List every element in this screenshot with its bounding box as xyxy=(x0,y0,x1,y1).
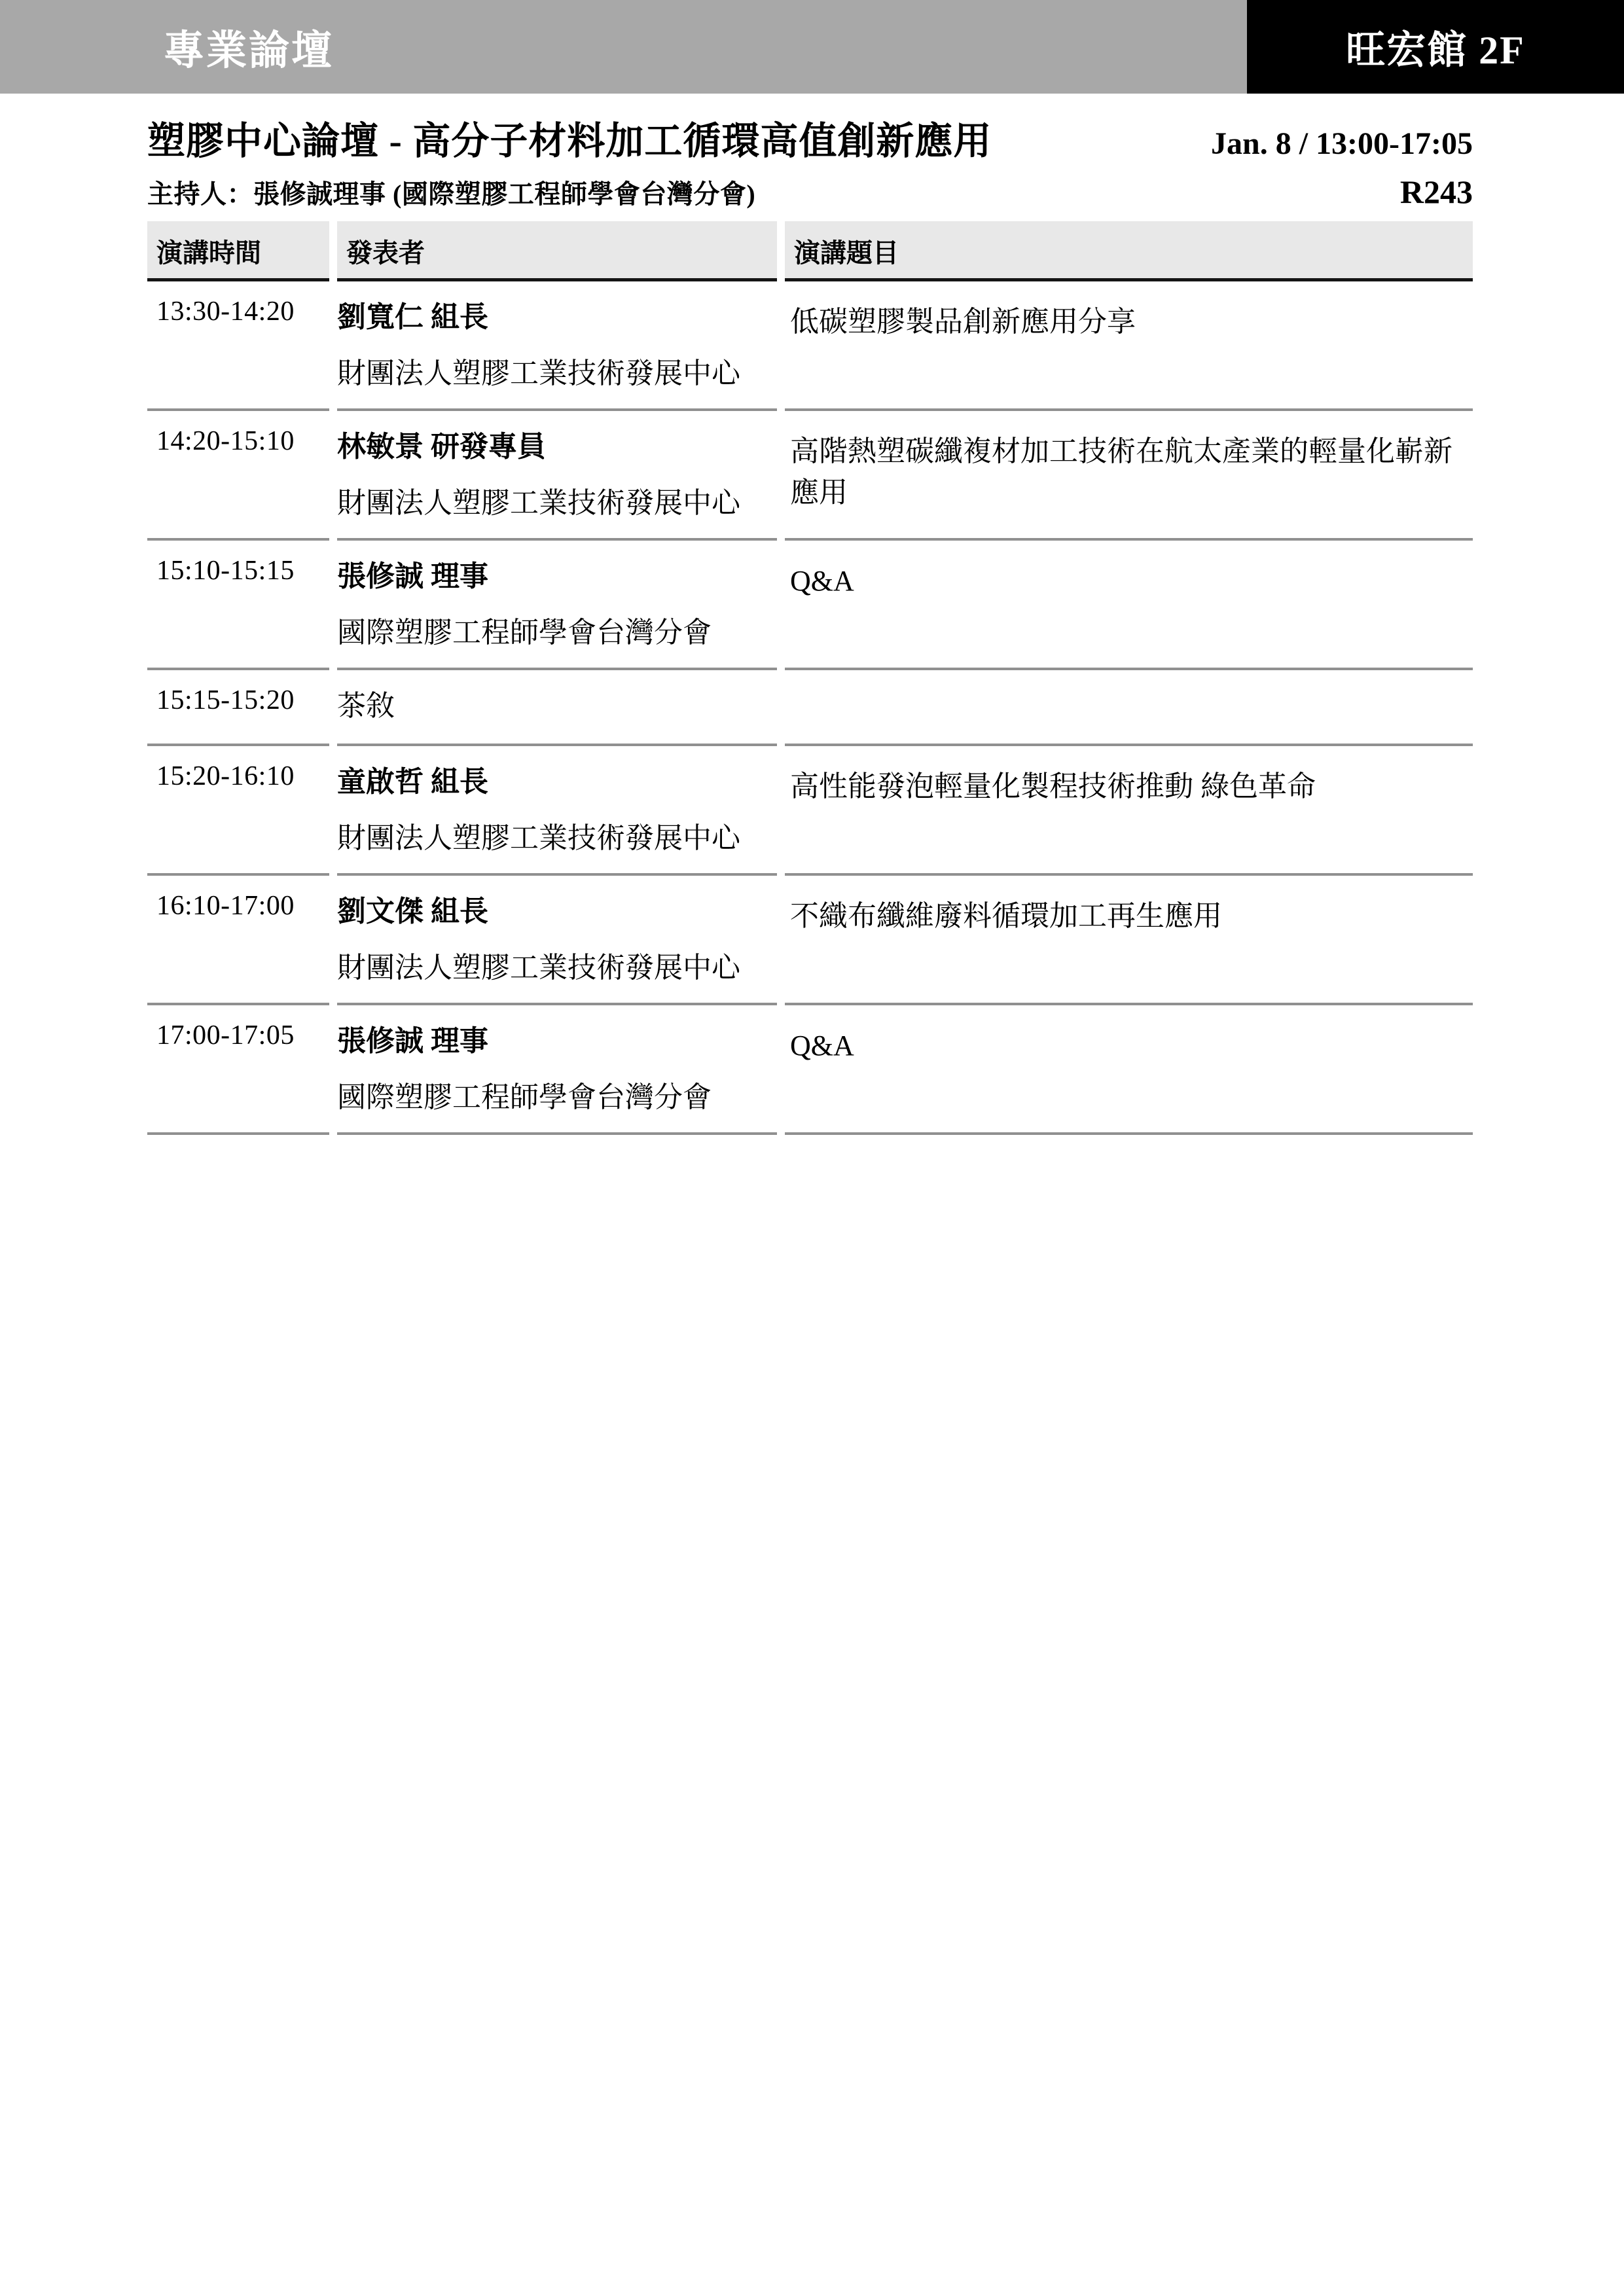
speaker-cell: 張修誠 理事 國際塑膠工程師學會台灣分會 xyxy=(337,1005,777,1135)
header-time: 演講時間 xyxy=(147,221,329,281)
speaker-org: 財團法人塑膠工業技術發展中心 xyxy=(337,350,777,391)
time-cell: 14:20-15:10 xyxy=(147,411,329,541)
speaker-org: 國際塑膠工程師學會台灣分會 xyxy=(337,1073,777,1115)
header-topic: 演講題目 xyxy=(785,221,1473,281)
program-page: 專業論壇 旺宏館 2F 塑膠中心論壇 - 高分子材料加工循環高值創新應用 Jan… xyxy=(0,0,1624,2296)
topic-cell: 不織布纖維廢料循環加工再生應用 xyxy=(785,876,1473,1005)
topic-cell: 低碳塑膠製品創新應用分享 xyxy=(785,281,1473,411)
time-cell: 16:10-17:00 xyxy=(147,876,329,1005)
topic-cell: 高階熱塑碳纖複材加工技術在航太產業的輕量化嶄新應用 xyxy=(785,411,1473,541)
speaker-cell: 林敏景 研發專員 財團法人塑膠工業技術發展中心 xyxy=(337,411,777,541)
agenda-header-row: 演講時間 發表者 演講題目 xyxy=(147,221,1473,281)
agenda-table: 演講時間 發表者 演講題目 13:30-14:20 劉寬仁 組長 財團法人塑膠工… xyxy=(147,221,1473,1135)
topic-cell: Q&A xyxy=(785,1005,1473,1135)
time-cell: 17:00-17:05 xyxy=(147,1005,329,1135)
session-datetime: Jan. 8 / 13:00-17:05 xyxy=(1211,126,1473,162)
time-cell: 15:15-15:20 xyxy=(147,670,329,746)
session-title: 塑膠中心論壇 - 高分子材料加工循環高值創新應用 xyxy=(147,120,992,164)
speaker-org: 財團法人塑膠工業技術發展中心 xyxy=(337,944,777,986)
top-banner: 專業論壇 旺宏館 2F xyxy=(0,0,1624,94)
venue-banner: 旺宏館 2F xyxy=(1247,0,1624,94)
table-row: 16:10-17:00 劉文傑 組長 財團法人塑膠工業技術發展中心 不織布纖維廢… xyxy=(147,876,1473,1005)
speaker-org: 財團法人塑膠工業技術發展中心 xyxy=(337,814,777,856)
session-content: 塑膠中心論壇 - 高分子材料加工循環高值創新應用 Jan. 8 / 13:00-… xyxy=(147,120,1473,1135)
break-label: 茶敘 xyxy=(337,682,777,724)
speaker-name: 劉文傑 組長 xyxy=(337,888,777,929)
session-title-row: 塑膠中心論壇 - 高分子材料加工循環高值創新應用 Jan. 8 / 13:00-… xyxy=(147,120,1473,164)
speaker-name: 張修誠 理事 xyxy=(337,1017,777,1059)
speaker-cell: 童啟哲 組長 財團法人塑膠工業技術發展中心 xyxy=(337,746,777,876)
topic-cell xyxy=(785,670,1473,746)
table-row: 17:00-17:05 張修誠 理事 國際塑膠工程師學會台灣分會 Q&A xyxy=(147,1005,1473,1135)
header-speaker: 發表者 xyxy=(337,221,777,281)
speaker-name: 張修誠 理事 xyxy=(337,552,777,594)
time-cell: 15:10-15:15 xyxy=(147,541,329,670)
topic-cell: 高性能發泡輕量化製程技術推動 綠色革命 xyxy=(785,746,1473,876)
topic-cell: Q&A xyxy=(785,541,1473,670)
table-row: 15:20-16:10 童啟哲 組長 財團法人塑膠工業技術發展中心 高性能發泡輕… xyxy=(147,746,1473,876)
time-cell: 13:30-14:20 xyxy=(147,281,329,411)
venue-label: 旺宏館 2F xyxy=(1346,19,1525,75)
time-cell: 15:20-16:10 xyxy=(147,746,329,876)
speaker-name: 劉寬仁 組長 xyxy=(337,293,777,335)
table-row: 14:20-15:10 林敏景 研發專員 財團法人塑膠工業技術發展中心 高階熱塑… xyxy=(147,411,1473,541)
session-subtitle-row: 主持人：張修誠理事 (國際塑膠工程師學會台灣分會) R243 xyxy=(147,173,1473,211)
speaker-cell: 張修誠 理事 國際塑膠工程師學會台灣分會 xyxy=(337,541,777,670)
room-code: R243 xyxy=(1400,173,1473,211)
speaker-org: 國際塑膠工程師學會台灣分會 xyxy=(337,609,777,651)
forum-category-banner: 專業論壇 xyxy=(0,0,1247,94)
speaker-cell: 劉寬仁 組長 財團法人塑膠工業技術發展中心 xyxy=(337,281,777,411)
speaker-cell: 劉文傑 組長 財團法人塑膠工業技術發展中心 xyxy=(337,876,777,1005)
speaker-cell: 茶敘 xyxy=(337,670,777,746)
forum-category-label: 專業論壇 xyxy=(164,18,334,76)
speaker-name: 林敏景 研發專員 xyxy=(337,423,777,465)
session-moderator: 主持人：張修誠理事 (國際塑膠工程師學會台灣分會) xyxy=(147,173,755,211)
table-row: 13:30-14:20 劉寬仁 組長 財團法人塑膠工業技術發展中心 低碳塑膠製品… xyxy=(147,281,1473,411)
table-row: 15:10-15:15 張修誠 理事 國際塑膠工程師學會台灣分會 Q&A xyxy=(147,541,1473,670)
speaker-org: 財團法人塑膠工業技術發展中心 xyxy=(337,479,777,521)
speaker-name: 童啟哲 組長 xyxy=(337,758,777,800)
table-row: 15:15-15:20 茶敘 xyxy=(147,670,1473,746)
